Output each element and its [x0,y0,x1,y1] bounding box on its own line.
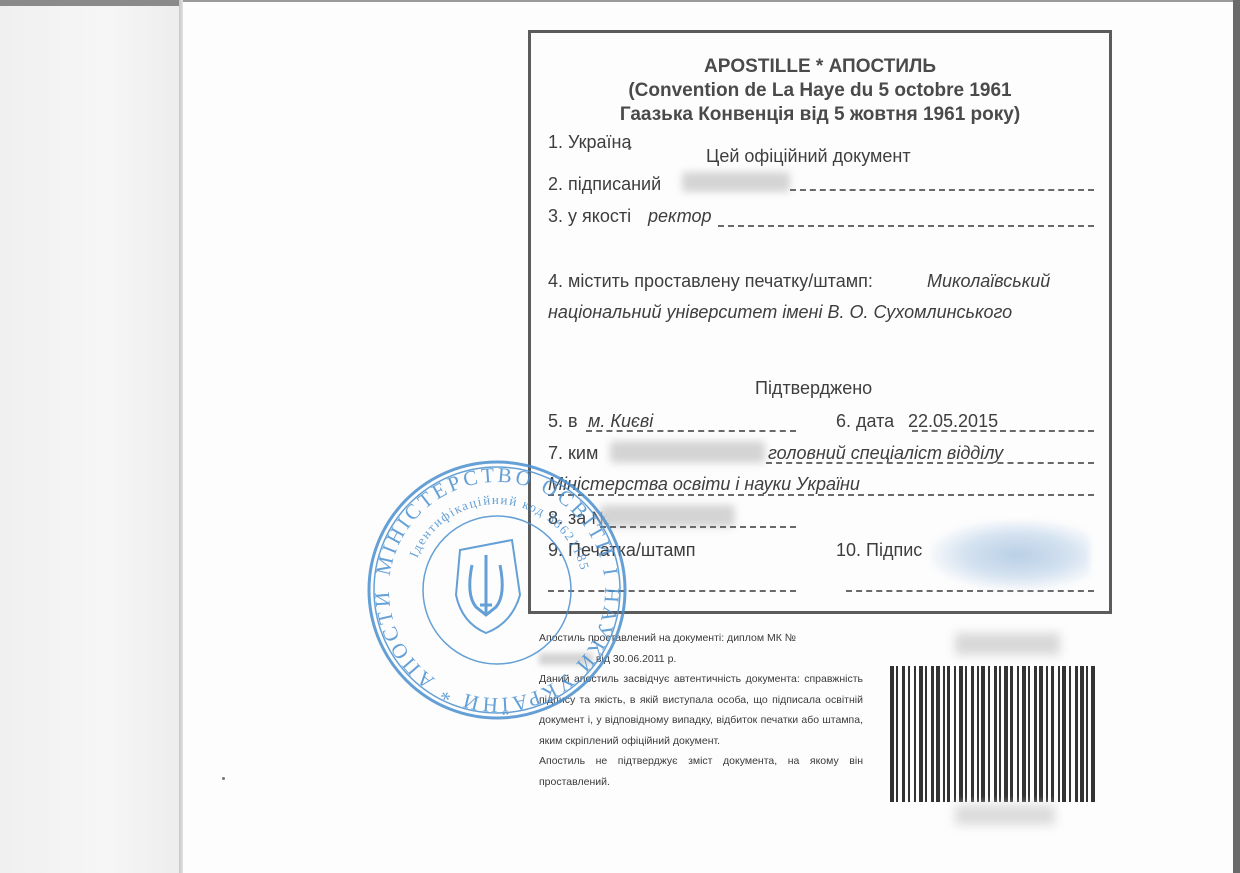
redacted-signature [930,520,1090,590]
apostille-title: APOSTILLE * АПОСТИЛЬ [528,56,1112,78]
field-5-label: 5. в [548,411,578,432]
redacted-barcode-label [955,633,1060,655]
field-6-label: 6. дата [836,411,894,432]
redacted-signer-name [682,172,790,192]
field-5-line [586,430,796,432]
note-disclaimer: Апостиль не підтверджує зміст документа,… [539,751,863,792]
field-4-value-2: національний університет імені В. О. Сух… [548,302,1012,323]
field-10-label: 10. Підпис [836,540,922,561]
field-3-line [718,225,1094,227]
field-7-line [766,462,1094,464]
left-page [0,0,180,873]
field-4-value-1: Миколаївський [927,271,1050,292]
speck [222,777,225,780]
field-6-line [912,430,1094,432]
trident-emblem-icon [456,540,520,633]
field-2-label: 2. підписаний [548,174,661,195]
page-right-edge [1233,0,1240,873]
page-top-edge [183,0,1233,2]
field-3-label: 3. у якості [548,206,631,227]
field-4-label: 4. містить проставлену печатку/штамп: [548,271,873,292]
redacted-barcode-number [955,805,1055,825]
ministry-stamp: МІНІСТЕРСТВО ОСВІТИ І НАУКИ УКРАЇНИ * АП… [362,455,632,725]
convention-fr: (Convention de La Haye du 5 octobre 1961 [528,80,1112,102]
convention-ua: Гаазька Конвенція від 5 жовтня 1961 року… [528,104,1112,126]
field-10-line [846,590,1094,592]
field-3-value: ректор [648,206,712,227]
field-7-value-1: головний спеціаліст відділу [768,443,1003,464]
field-1-country: 1. Україна [548,132,632,153]
redacted-official-name [610,441,765,463]
confirmed-heading: Підтверджено [755,378,872,399]
field-6-value: 22.05.2015 [908,411,998,432]
barcode [890,666,1120,802]
subtitle-official-document: Цей офіційний документ [706,146,911,167]
page-shadow [0,0,180,6]
field-5-value: м. Києві [588,411,653,432]
field-2-line [790,189,1094,191]
